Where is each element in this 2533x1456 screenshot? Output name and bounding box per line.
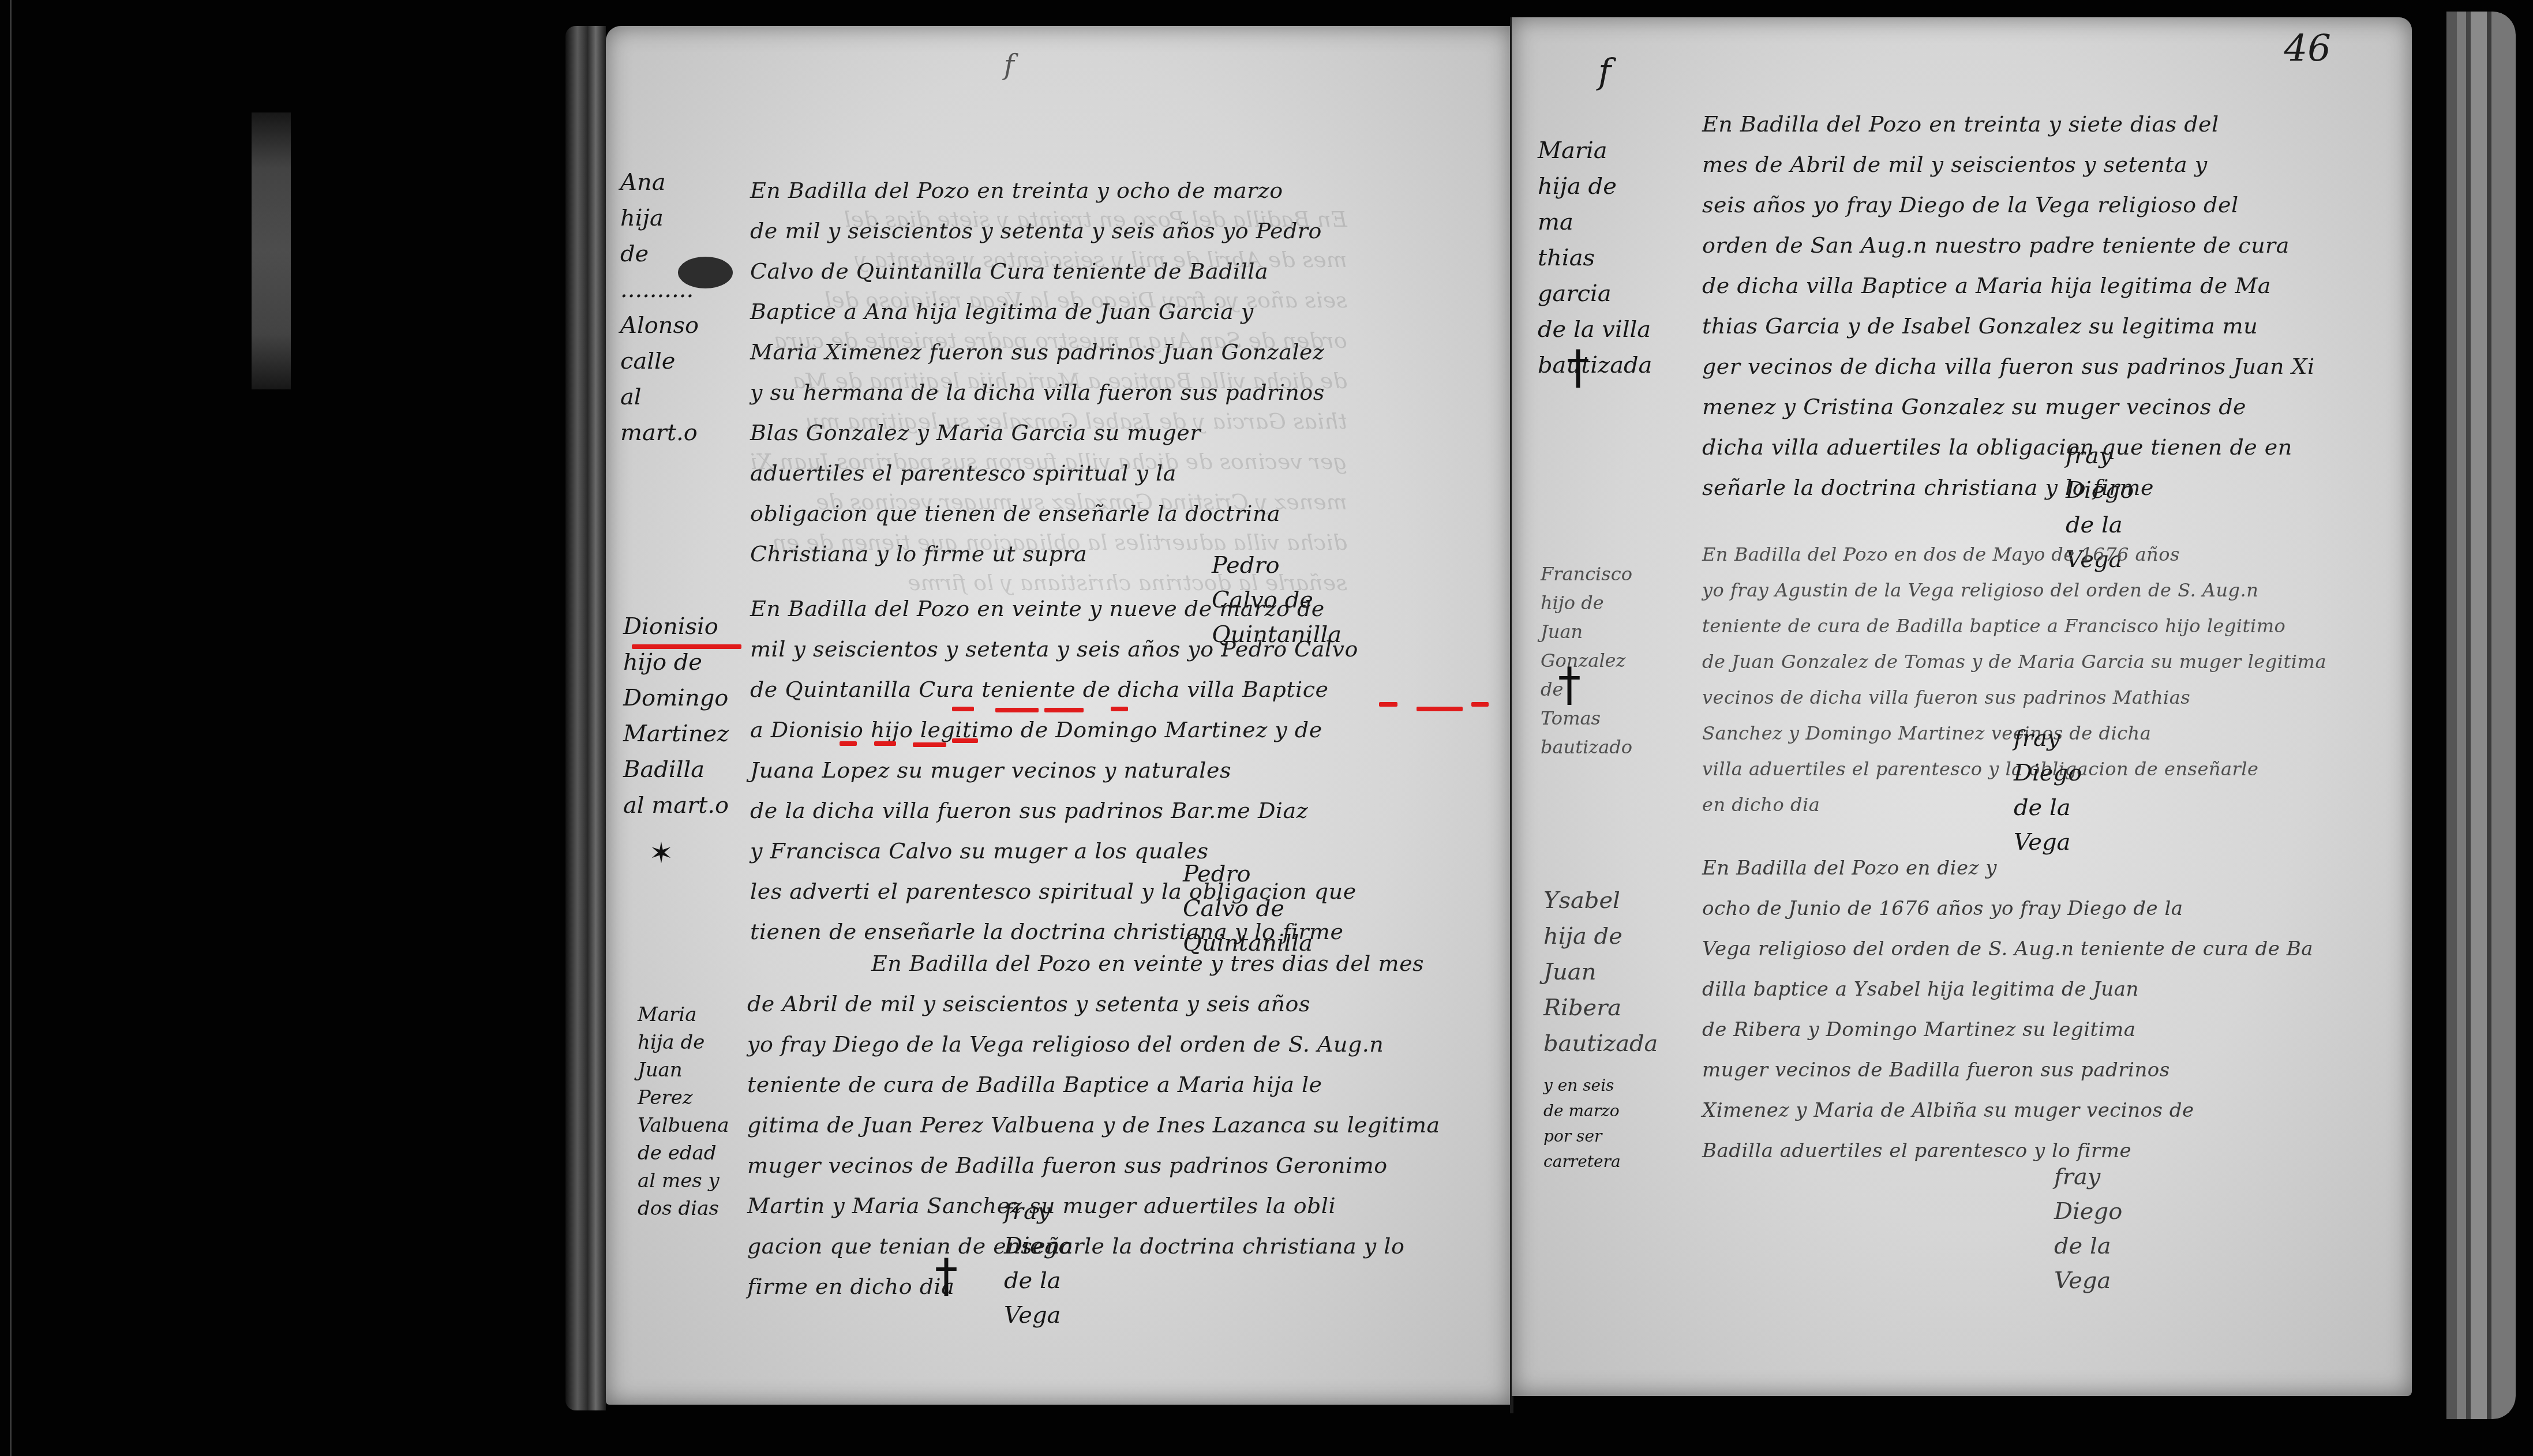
- margin-note: Francisco hijo de Juan Gonzalez de Tomas…: [1541, 560, 1632, 761]
- book-page-stack-right: [2446, 12, 2516, 1419]
- ink-blot: [678, 257, 733, 288]
- margin-note: Maria hija de Juan Perez Valbuena de eda…: [638, 1001, 729, 1222]
- red-underline: [1471, 702, 1489, 707]
- register-book: f En Badilla del Pozo en treinta y siete…: [565, 12, 2516, 1431]
- margin-note: Ysabel hija de Juan Ribera bautizada: [1543, 883, 1658, 1061]
- red-underline: [995, 708, 1039, 712]
- red-underline: [952, 707, 974, 711]
- margin-note: Ana hija de .......... Alonso calle al m…: [620, 164, 699, 451]
- cross-mark-icon: †: [1567, 340, 1590, 394]
- folio-number: 46: [2284, 28, 2331, 70]
- margin-note: Maria hija de ma thias garcia de la vill…: [1538, 133, 1652, 383]
- entry-body: En Badilla del Pozo en veinte y nueve de…: [750, 588, 1494, 952]
- red-underline: [1044, 708, 1084, 712]
- entry-signature: fray Diego de la Vega: [2014, 721, 2082, 860]
- red-underline: [913, 742, 946, 747]
- cross-mark-icon: †: [935, 1249, 958, 1303]
- entry-body: En Badilla del Pozo en treinta y ocho de…: [750, 170, 1494, 574]
- entry-signature: fray Diego de la Vega: [1004, 1194, 1072, 1333]
- red-underline: [952, 738, 978, 743]
- red-underline: [1111, 707, 1128, 711]
- film-strip-artifact: [252, 112, 291, 389]
- entry-heading: En Badilla del Pozo en veinte y tres dia…: [871, 943, 1506, 984]
- entry-body: En Badilla del Pozo en diez y ocho de Ju…: [1702, 848, 2371, 1171]
- red-underline: [1379, 702, 1397, 707]
- red-underline: [874, 741, 896, 746]
- microfilm-background: f En Badilla del Pozo en treinta y siete…: [0, 0, 2533, 1456]
- film-edge: [10, 0, 12, 1456]
- cross-mark-icon: †: [1558, 658, 1581, 711]
- red-underline: [1417, 707, 1463, 711]
- corner-mark: f: [1004, 49, 1014, 81]
- right-page: f 46 Maria hija de ma thias garcia de la…: [1512, 17, 2412, 1396]
- margin-note-secondary: y en seis de marzo por ser carretera: [1543, 1073, 1621, 1174]
- margin-note: Dionisio hijo de Domingo Martinez Badill…: [623, 609, 729, 823]
- cross-mark-icon: ✶: [649, 836, 673, 870]
- corner-mark: f: [1598, 52, 1611, 92]
- book-cover-left: [565, 26, 606, 1410]
- entry-body: En Badilla del Pozo en treinta y siete d…: [1702, 104, 2366, 508]
- left-page: f En Badilla del Pozo en treinta y siete…: [606, 26, 1512, 1405]
- red-underline: [840, 741, 857, 746]
- red-underline: [632, 644, 741, 649]
- entry-body: de Abril de mil y seiscientos y setenta …: [747, 984, 1497, 1307]
- entry-signature: fray Diego de la Vega: [2054, 1159, 2122, 1298]
